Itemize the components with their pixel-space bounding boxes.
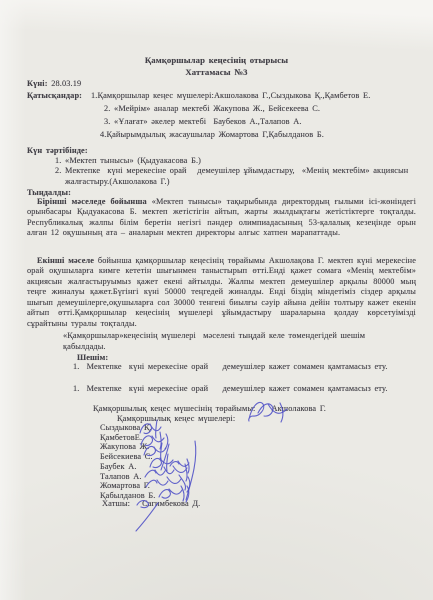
attendee-line: 3. «Ұлағат» әкелер мектебі Баубеков А.,Т… — [91, 116, 417, 129]
chair-label: Қамқоршылық кеңес мүшесінің төрайымы: — [93, 404, 256, 413]
member-name: ҚамбетовЕ. — [100, 433, 155, 443]
member-name: Жакупова Ж. — [100, 442, 155, 452]
date-label: Күні: — [27, 79, 48, 88]
attendee-line: 4.Қайырымдылық жасаушылар Жомартова Г,Қа… — [91, 129, 417, 142]
agenda-label: Күн тәртібінде: — [27, 146, 88, 157]
resolution-item: 1. Мектепке күні мерекесіне орай демеуші… — [73, 384, 388, 395]
attendee-line: 2. «Мейрім» аналар мектебі Жакупова Ж., … — [91, 103, 417, 116]
paragraph-lead: Екінші мәселе — [37, 256, 94, 265]
resolution-item: 1. Мектепке күні мерекесіне орай демеуші… — [73, 362, 388, 373]
secretary-signature-line: Хатшы:Сагимбекова Д. — [102, 499, 200, 510]
chair-name: Акшолакова Г. — [272, 404, 327, 413]
agenda-item: 2. Мектепке күні мерекесіне орай демеуші… — [65, 166, 417, 188]
member-name: Талапов А. — [100, 472, 155, 482]
paragraph-text: бойынша қамқоршылар кеңесінің төрайымы А… — [27, 256, 416, 328]
member-name: Бейсекиева С. — [100, 452, 155, 462]
attendee-line: 1.Қамқоршылар кеңес мүшелері:Акшолакова … — [91, 90, 417, 103]
attendees-block: Қатысқандар: 1.Қамқоршылар кеңес мүшелер… — [27, 90, 417, 142]
member-name: Баубек А. — [100, 462, 155, 472]
secretary-name: Сагимбекова Д. — [142, 499, 200, 508]
document-subtitle: Хаттамасы №3 — [0, 67, 433, 78]
scanned-protocol-page: Қамқоршылар кеңесінің отырысы Хаттамасы … — [0, 0, 433, 600]
secretary-label: Хатшы: — [102, 499, 130, 508]
document-title: Қамқоршылар кеңесінің отырысы — [0, 55, 433, 66]
chair-signature-line: Қамқоршылық кеңес мүшесінің төрайымы:Акш… — [93, 404, 326, 415]
date-line: Күні: 28.03.19 — [27, 79, 81, 90]
heard-paragraph-2: Екінші мәселе бойынша қамқоршылар кеңесі… — [27, 256, 416, 329]
heard-paragraph-1: Бірінші мәселеде бойынша «Мектеп тынысы»… — [27, 197, 416, 239]
resolution-intro: «Қамқоршылар»кеңесінің мүшелері мәселені… — [63, 330, 387, 352]
attendees-label: Қатысқандар: — [27, 90, 91, 142]
member-name: Жомартова Г. — [100, 481, 155, 491]
date-value: 28.03.19 — [51, 79, 81, 88]
attendees-list: 1.Қамқоршылар кеңес мүшелері:Акшолакова … — [91, 90, 417, 142]
signature-baubek — [170, 459, 189, 473]
agenda-item: 1. «Мектеп тынысы» (Қыдуакасова Б.) — [55, 156, 201, 167]
paragraph-lead: Бірінші мәселеде бойынша — [37, 197, 147, 206]
members-signature-list: Сыздыкова Қ. ҚамбетовЕ. Жакупова Ж. Бейс… — [100, 423, 155, 501]
member-name: Сыздыкова Қ. — [100, 423, 155, 433]
